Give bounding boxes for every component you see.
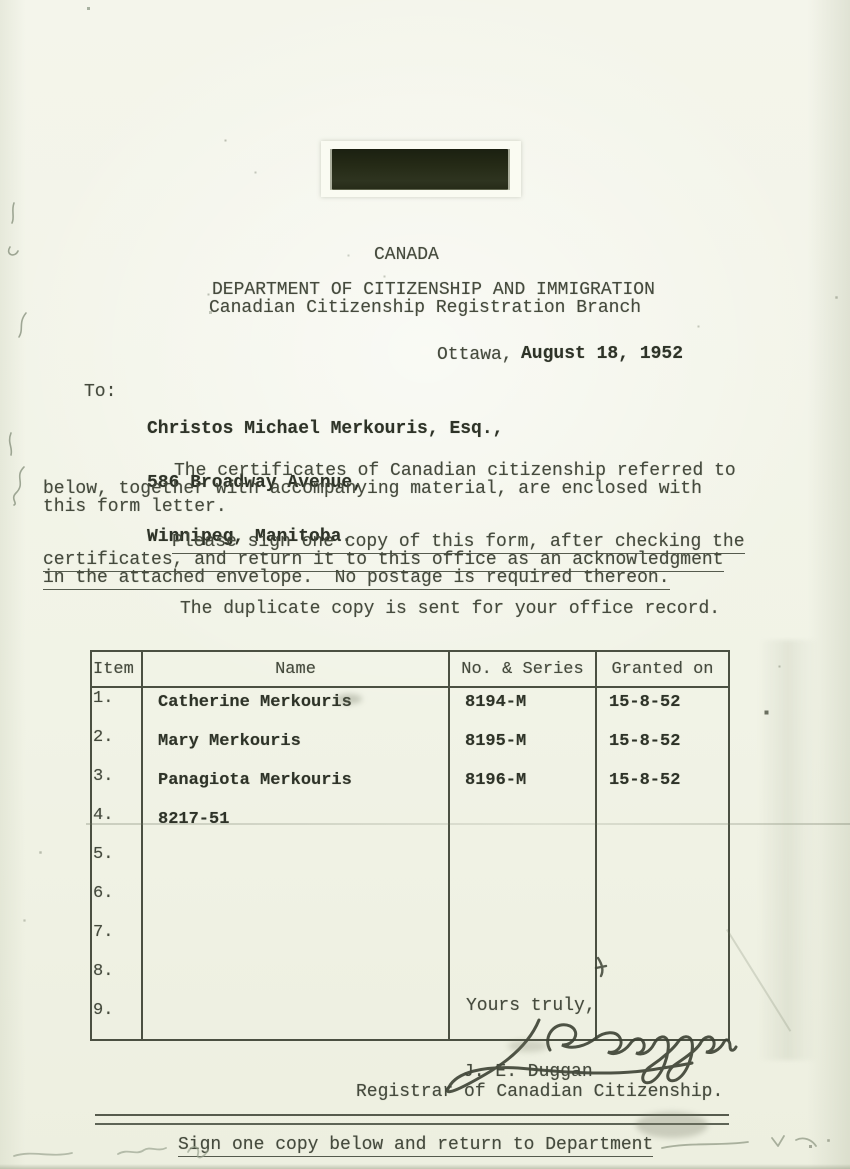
cell-granted-on: 15-8-52 — [596, 727, 729, 766]
signer-name-typed: J. E. Duggan — [463, 1063, 593, 1081]
to-label: To: — [84, 383, 116, 401]
cell-no-series: 8195-M — [449, 727, 596, 766]
cell-name: Panagiota Merkouris — [142, 766, 449, 805]
cell-granted-on — [596, 883, 729, 922]
cell-item: 3. — [91, 766, 142, 805]
cell-granted-on — [596, 922, 729, 961]
recipient-name: Christos Michael Merkouris, Esq., — [147, 420, 503, 438]
margin-pen-marks — [2, 195, 42, 505]
table-row: 1. Catherine Merkouris 8194-M 15-8-52 — [91, 687, 729, 727]
date-stamp: August 18, 1952 — [521, 345, 683, 363]
branch-heading: Canadian Citizenship Registration Branch — [209, 299, 641, 317]
punch-window-slot — [330, 149, 510, 190]
horizontal-crease-artifact — [86, 823, 850, 825]
department-heading: DEPARTMENT OF CITIZENSHIP AND IMMIGRATIO… — [212, 281, 655, 299]
cell-item: 9. — [91, 1000, 142, 1040]
scanned-letter-page: CANADA DEPARTMENT OF CITIZENSHIP AND IMM… — [0, 0, 850, 1169]
col-header-name: Name — [142, 651, 449, 687]
table-row: 3. Panagiota Merkouris 8196-M 15-8-52 — [91, 766, 729, 805]
cell-granted-on: 15-8-52 — [596, 687, 729, 727]
cell-name — [142, 961, 449, 1000]
cell-granted-on: 15-8-52 — [596, 766, 729, 805]
cell-name — [142, 883, 449, 922]
cell-item: 8. — [91, 961, 142, 1000]
cell-item: 7. — [91, 922, 142, 961]
cell-name — [142, 1000, 449, 1040]
cell-granted-on — [596, 844, 729, 883]
paper-specks — [0, 0, 1, 1]
table-check-mark — [592, 940, 612, 980]
para1-line3: this form letter. — [43, 498, 227, 516]
cell-name: Mary Merkouris — [142, 727, 449, 766]
table-row: 7. — [91, 922, 729, 961]
pencil-marks-footer-right — [660, 1130, 820, 1160]
cell-item: 6. — [91, 883, 142, 922]
para1-line2: below, together with accompanying materi… — [43, 480, 702, 498]
para2-line1: Please sign one copy of this form, after… — [172, 533, 745, 551]
city-label: Ottawa, — [437, 346, 513, 364]
table-row: 2. Mary Merkouris 8195-M 15-8-52 — [91, 727, 729, 766]
cell-no-series — [449, 961, 596, 1000]
table-row: 6. — [91, 883, 729, 922]
cell-item: 1. — [91, 687, 142, 727]
table-header-row: Item Name No. & Series Granted on — [91, 651, 729, 687]
smudge-artifact — [336, 694, 362, 704]
col-header-item: Item — [91, 651, 142, 687]
footer-double-rule — [95, 1114, 729, 1125]
para3: The duplicate copy is sent for your offi… — [180, 600, 720, 618]
pencil-scribble-bottom — [10, 1138, 270, 1166]
smudge-artifact — [508, 1040, 548, 1052]
col-header-no-series: No. & Series — [449, 651, 596, 687]
cell-item: 2. — [91, 727, 142, 766]
signer-title: Registrar of Canadian Citizenship. — [356, 1083, 723, 1101]
para2-line3-text: in the attached envelope. No postage is … — [43, 568, 670, 590]
cell-item: 5. — [91, 844, 142, 883]
punch-window-frame — [321, 141, 521, 197]
table-row: 5. — [91, 844, 729, 883]
cell-no-series — [449, 922, 596, 961]
cell-no-series — [449, 883, 596, 922]
cell-no-series: 8194-M — [449, 687, 596, 727]
cell-name: Catherine Merkouris — [142, 687, 449, 727]
cell-no-series: 8196-M — [449, 766, 596, 805]
para2-line3: in the attached envelope. No postage is … — [43, 569, 670, 587]
cell-no-series — [449, 844, 596, 883]
table-row: 8. — [91, 961, 729, 1000]
col-header-granted-on: Granted on — [596, 651, 729, 687]
para1-line1: The certificates of Canadian citizenship… — [174, 462, 736, 480]
scanner-streak-artifact — [758, 640, 818, 1060]
certificates-table: Item Name No. & Series Granted on 1. Cat… — [90, 650, 730, 1041]
cell-granted-on — [596, 961, 729, 1000]
cell-name — [142, 922, 449, 961]
para2-line2: certificates, and return it to this offi… — [43, 551, 724, 569]
country-heading: CANADA — [374, 246, 439, 264]
cell-name — [142, 844, 449, 883]
